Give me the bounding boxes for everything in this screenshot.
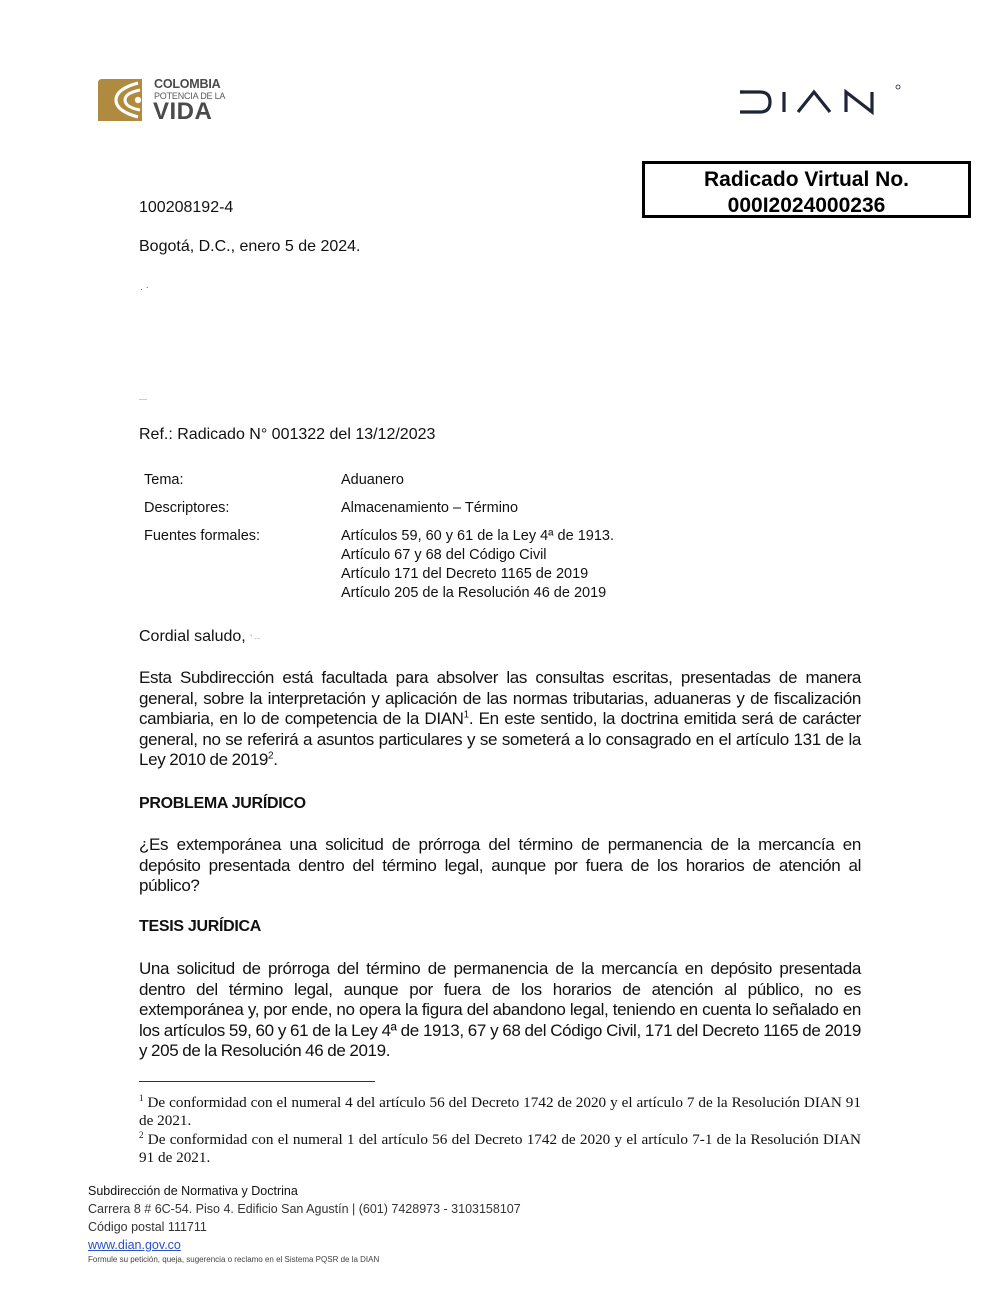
greeting: Cordial saludo, ' ·· [139, 628, 260, 646]
dian-wordmark-icon [738, 84, 903, 120]
footer-website-link[interactable]: www.dian.gov.co [88, 1236, 521, 1254]
tesis-paragraph: Una solicitud de prórroga del término de… [139, 959, 861, 1062]
colombia-potencia-de-la-vida-logo: COLOMBIA POTENCIA DE LA VIDA [98, 76, 238, 126]
footnote-2: 2 De conformidad con el numeral 1 del ar… [139, 1131, 861, 1168]
redacted-mark [139, 399, 147, 400]
place-date: Bogotá, D.C., enero 5 de 2024. [139, 238, 360, 256]
footer-address: Carrera 8 # 6C-54. Piso 4. Edificio San … [88, 1200, 521, 1218]
meta-value: Artículo 171 del Decreto 1165 de 2019 [341, 565, 741, 584]
meta-value: Artículos 59, 60 y 61 de la Ley 4ª de 19… [341, 527, 741, 546]
logo-line-colombia: COLOMBIA [154, 77, 220, 91]
greeting-text: Cordial saludo, [139, 628, 246, 645]
colombia-signal-icon [98, 79, 144, 121]
radicado-virtual-box: Radicado Virtual No. 000I2024000236 [642, 161, 971, 218]
footnote-text: De conformidad con el numeral 1 del artí… [139, 1131, 861, 1166]
dian-logo [738, 84, 903, 120]
page-footer: Subdirección de Normativa y Doctrina Car… [88, 1182, 521, 1266]
reference-line: Ref.: Radicado N° 001322 del 13/12/2023 [139, 426, 435, 444]
meta-label: Descriptores: [144, 499, 334, 518]
meta-value: Artículo 67 y 68 del Código Civil [341, 546, 741, 565]
meta-value: Aduanero [341, 471, 741, 490]
meta-value: Almacenamiento – Término [341, 499, 741, 518]
radicado-number: 000I2024000236 [645, 193, 968, 219]
footer-postal-code: Código postal 111711 [88, 1218, 521, 1236]
meta-label: Tema: [144, 471, 334, 490]
footer-pqsr-note: Formule su petición, queja, sugerencia o… [88, 1254, 521, 1266]
footnote-1: 1 De conformidad con el numeral 4 del ar… [139, 1094, 861, 1131]
problema-paragraph: ¿Es extemporánea una solicitud de prórro… [139, 835, 861, 897]
redacted-marks: . · [140, 282, 149, 293]
heading-problema-juridico: PROBLEMA JURÍDICO [139, 795, 306, 813]
footer-office: Subdirección de Normativa y Doctrina [88, 1182, 521, 1200]
footnote-divider [139, 1081, 375, 1082]
redacted-marks: ' ·· [250, 633, 260, 643]
meta-value: Artículo 205 de la Resolución 46 de 2019 [341, 584, 741, 603]
competence-paragraph: Esta Subdirección está facultada para ab… [139, 668, 861, 771]
logo-line-vida: VIDA [153, 98, 212, 126]
document-number: 100208192-4 [139, 199, 233, 217]
meta-value-list: Artículos 59, 60 y 61 de la Ley 4ª de 19… [341, 527, 741, 603]
radicado-label: Radicado Virtual No. [645, 167, 968, 193]
footnote-text: De conformidad con el numeral 4 del artí… [139, 1094, 861, 1129]
meta-label: Fuentes formales: [144, 527, 334, 546]
paragraph-text: . [273, 750, 277, 769]
heading-tesis-juridica: TESIS JURÍDICA [139, 918, 261, 936]
